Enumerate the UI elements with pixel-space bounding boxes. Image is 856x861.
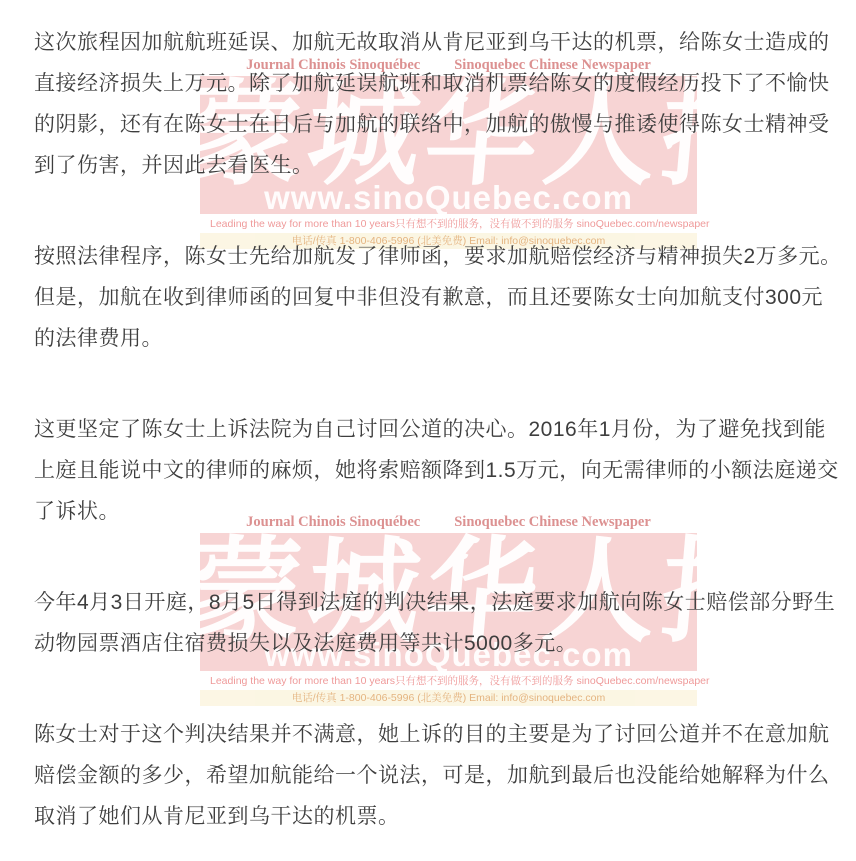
- paragraph-5: 陈女士对于这个判决结果并不满意，她上诉的目的主要是为了讨回公道并不在意加航 赔偿…: [34, 714, 822, 837]
- article-line: 动物园票酒店住宿费损失以及法庭费用等共计5000多元。: [34, 623, 822, 664]
- article-line: 但是，加航在收到律师函的回复中非但没有歉意，而且还要陈女士向加航支付300元: [34, 277, 822, 318]
- article-line: 赔偿金额的多少，希望加航能给一个说法，可是，加航到最后也没能给她解释为什么: [34, 755, 822, 796]
- paragraph-1: 这次旅程因加航航班延误、加航无故取消从肯尼亚到乌干达的机票，给陈女士造成的 直接…: [34, 22, 822, 186]
- article-line: 陈女士对于这个判决结果并不满意，她上诉的目的主要是为了讨回公道并不在意加航: [34, 714, 822, 755]
- article-line: 取消了她们从肯尼亚到乌干达的机票。: [34, 796, 822, 837]
- article-line: 按照法律程序，陈女士先给加航发了律师函，要求加航赔偿经济与精神损失2万多元。: [34, 236, 822, 277]
- article-line: 这次旅程因加航航班延误、加航无故取消从肯尼亚到乌干达的机票，给陈女士造成的: [34, 22, 822, 63]
- paragraph-2: 按照法律程序，陈女士先给加航发了律师函，要求加航赔偿经济与精神损失2万多元。 但…: [34, 236, 822, 359]
- article-line: 到了伤害，并因此去看医生。: [34, 145, 822, 186]
- article-line: 的阴影，还有在陈女士在日后与加航的联络中，加航的傲慢与推诿使得陈女士精神受: [34, 104, 822, 145]
- article-body: 这次旅程因加航航班延误、加航无故取消从肯尼亚到乌干达的机票，给陈女士造成的 直接…: [0, 0, 856, 837]
- paragraph-3: 这更坚定了陈女士上诉法院为自己讨回公道的决心。2016年1月份，为了避免找到能 …: [34, 409, 822, 532]
- article-line: 上庭且能说中文的律师的麻烦，她将索赔额降到1.5万元，向无需律师的小额法庭递交: [34, 450, 822, 491]
- article-line: 这更坚定了陈女士上诉法院为自己讨回公道的决心。2016年1月份，为了避免找到能: [34, 409, 822, 450]
- article-line: 直接经济损失上万元。除了加航延误航班和取消机票给陈女的度假经历投下了不愉快: [34, 63, 822, 104]
- article-line: 的法律费用。: [34, 318, 822, 359]
- article-line: 了诉状。: [34, 491, 822, 532]
- paragraph-4: 今年4月3日开庭，8月5日得到法庭的判决结果，法庭要求加航向陈女士赔偿部分野生 …: [34, 582, 822, 664]
- article-line: 今年4月3日开庭，8月5日得到法庭的判决结果，法庭要求加航向陈女士赔偿部分野生: [34, 582, 822, 623]
